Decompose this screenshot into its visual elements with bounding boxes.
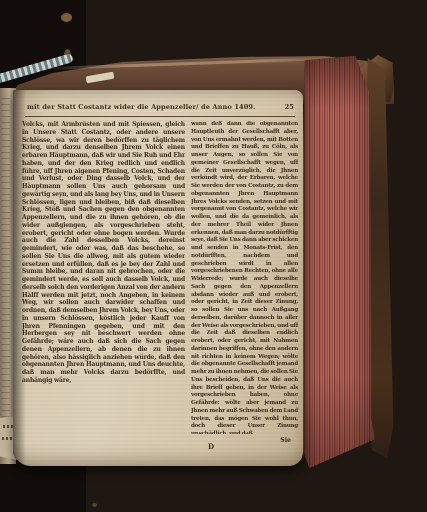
signature-mark: D	[208, 442, 214, 451]
debris-speck	[61, 13, 72, 22]
book-page: mit der Statt Costantz wider die Appenze…	[13, 90, 303, 466]
right-text-column: wann deß dann die obgenannten Hauptleuth…	[191, 121, 298, 434]
header-rule	[25, 116, 295, 117]
left-text-column: Volcks, mit Armbrüsten und mit Spiessen,…	[22, 121, 185, 434]
page-number: 25	[285, 103, 294, 111]
fore-edge-shading	[297, 56, 375, 468]
gutter-shadow	[13, 90, 26, 464]
text-columns: Volcks, mit Armbrüsten und mit Spiessen,…	[22, 121, 298, 434]
catchword: Sie	[235, 437, 291, 444]
photo-scene: mit der Statt Costantz wider die Appenze…	[0, 0, 427, 512]
page-header: mit der Statt Costantz wider die Appenze…	[27, 103, 294, 111]
debris-speck	[92, 503, 97, 507]
running-title: mit der Statt Costantz wider die Appenze…	[27, 103, 255, 111]
fore-edge-pages	[297, 56, 375, 468]
facing-page-text-lines	[1, 98, 10, 450]
